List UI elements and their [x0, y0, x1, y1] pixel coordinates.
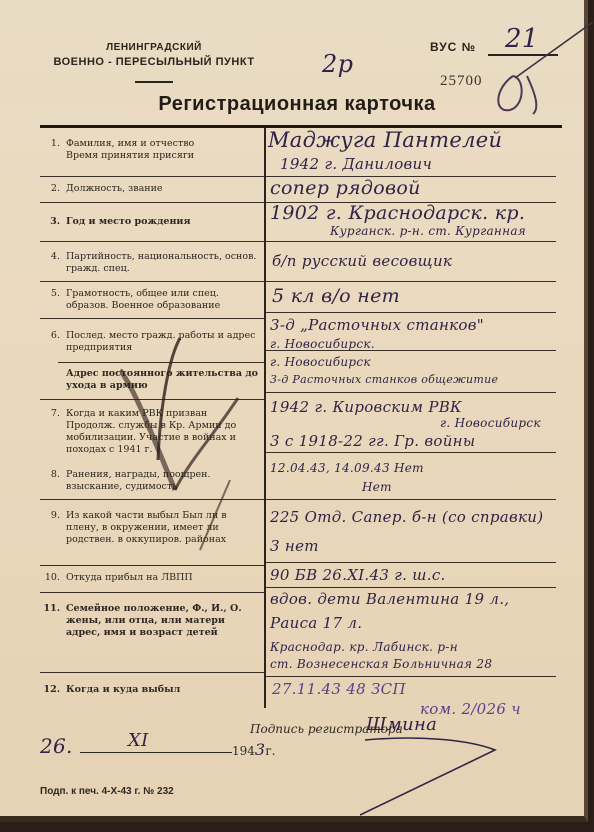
field-number: 4.	[40, 251, 60, 263]
answer-8-line1: 12.04.43, 14.09.43 Нет	[270, 461, 424, 475]
signature-flourish-icon	[360, 730, 500, 820]
row-rule	[40, 672, 264, 673]
field-label-text: Грамотность, общее или спец. образов. Во…	[66, 288, 258, 312]
row-rule	[40, 202, 264, 203]
answer-rule	[266, 562, 556, 563]
field-label-text: Откуда прибыл на ЛВПП	[66, 572, 258, 584]
answer-3-line2: Курганск. р-н. ст. Курганная	[330, 224, 526, 238]
date-underline	[80, 752, 232, 753]
organization-header: ЛЕНИНГРАДСКИЙ ВОЕННО - ПЕРЕСЫЛЬНЫЙ ПУНКТ	[34, 40, 274, 70]
answer-8-line2: Нет	[362, 480, 392, 494]
field-label-text: Партийность, национальность, основ. граж…	[66, 251, 258, 275]
field-label-text: Фамилия, имя и отчество Время принятия п…	[66, 138, 258, 162]
field-label-text: Год и место рождения	[66, 216, 258, 228]
row-rule	[40, 565, 264, 566]
answer-rule	[266, 392, 556, 393]
field-number: 9.	[40, 510, 60, 522]
field-label-2: 2.Должность, звание	[40, 183, 262, 195]
year-prefix: 194	[232, 744, 255, 758]
field-label-4: 4.Партийность, национальность, основ. гр…	[40, 251, 262, 275]
answer-1-patronymic: 1942 г. Данилович	[280, 155, 432, 173]
answer-3-line1: 1902 г. Краснодарск. кр.	[270, 202, 525, 224]
answer-7-line3: 3 с 1918-22 гг. Гр. войны	[270, 432, 475, 450]
answer-rule	[266, 312, 556, 313]
field-number: 12.	[40, 684, 60, 696]
answer-6-line2: г. Новосибирск.	[270, 337, 375, 351]
answer-rule	[266, 281, 556, 282]
answer-10: 90 БВ 26.XI.43 г. ш.с.	[270, 566, 446, 584]
answer-1-name: Маджуга Пантелей	[268, 128, 502, 152]
answer-7-line1: 1942 г. Кировским РВК	[270, 398, 462, 416]
header-divider	[135, 81, 173, 83]
field-number: 1.	[40, 138, 60, 150]
field-label-11: 11.Семейное положение, Ф., И., О. жены, …	[40, 603, 262, 639]
org-line-1: ЛЕНИНГРАДСКИЙ	[34, 40, 274, 55]
field-label-10: 10.Откуда прибыл на ЛВПП	[40, 572, 262, 584]
print-info-footer: Подп. к печ. 4-X-43 г. № 232	[40, 786, 174, 797]
answer-rule	[266, 676, 556, 677]
field-number: 7.	[40, 408, 60, 420]
field-number: 3.	[40, 216, 60, 228]
answer-rule	[266, 587, 556, 588]
answer-11-line2: Раиса 17 л.	[270, 614, 362, 632]
row-rule	[40, 318, 264, 319]
answer-rule	[266, 499, 556, 500]
answer-residence-line2: 3-д Расточных станков общежитие	[270, 373, 498, 386]
year-digit: 3	[255, 740, 265, 759]
answer-12-line1: 27.11.43 48 ЗСП	[272, 680, 406, 698]
field-label-text: Когда и куда выбыл	[66, 684, 258, 696]
date-year: 1943г.	[232, 740, 276, 759]
field-number: 11.	[40, 603, 60, 615]
answer-11-line3: Краснодар. кр. Лабинск. р-н	[270, 640, 458, 654]
field-number: 10.	[40, 572, 60, 584]
year-suffix: г.	[265, 744, 275, 758]
field-label-text: Семейное положение, Ф., И., О. жены, или…	[66, 603, 258, 639]
field-label-5: 5.Грамотность, общее или спец. образов. …	[40, 288, 262, 312]
answer-9-line1: 225 Отд. Сапер. б-н (со справки)	[270, 508, 543, 526]
handwritten-mark: 2р	[322, 50, 353, 78]
field-number: 5.	[40, 288, 60, 300]
answer-6-line1: 3-д „Расточных станков"	[270, 316, 484, 334]
field-label-1: 1.Фамилия, имя и отчество Время принятия…	[40, 138, 262, 162]
date-day: 26.	[40, 734, 73, 758]
field-label-12: 12.Когда и куда выбыл	[40, 684, 262, 696]
column-divider	[264, 128, 266, 708]
answer-7-line2: г. Новосибирск	[440, 416, 541, 430]
answer-4: б/п русский весовщик	[272, 252, 452, 270]
field-number: 6.	[40, 330, 60, 342]
answer-rule	[266, 452, 556, 453]
answer-rule	[266, 241, 556, 242]
row-rule	[40, 176, 264, 177]
answer-residence-line1: г. Новосибирск	[270, 355, 371, 369]
date-month: XI	[128, 730, 149, 751]
field-label-text: Должность, звание	[66, 183, 258, 195]
row-rule	[40, 592, 264, 593]
field-number: 8.	[40, 469, 60, 481]
answer-2: сопер рядовой	[270, 177, 421, 199]
answer-9-line2: 3 нет	[270, 537, 319, 555]
card-title: Регистрационная карточка	[0, 93, 594, 116]
field-number: 2.	[40, 183, 60, 195]
org-line-2: ВОЕННО - ПЕРЕСЫЛЬНЫЙ ПУНКТ	[34, 55, 274, 70]
answer-11-line1: вдов. дети Валентина 19 л.,	[270, 590, 509, 608]
registration-card: ЛЕНИНГРАДСКИЙ ВОЕННО - ПЕРЕСЫЛЬНЫЙ ПУНКТ…	[0, 0, 588, 822]
check-mark-icon	[120, 330, 240, 560]
row-rule	[40, 241, 264, 242]
row-rule	[40, 281, 264, 282]
field-label-3: 3.Год и место рождения	[40, 216, 262, 228]
answer-5: 5 кл в/о нет	[272, 285, 400, 307]
answer-11-line4: ст. Вознесенская Больничная 28	[270, 657, 492, 671]
